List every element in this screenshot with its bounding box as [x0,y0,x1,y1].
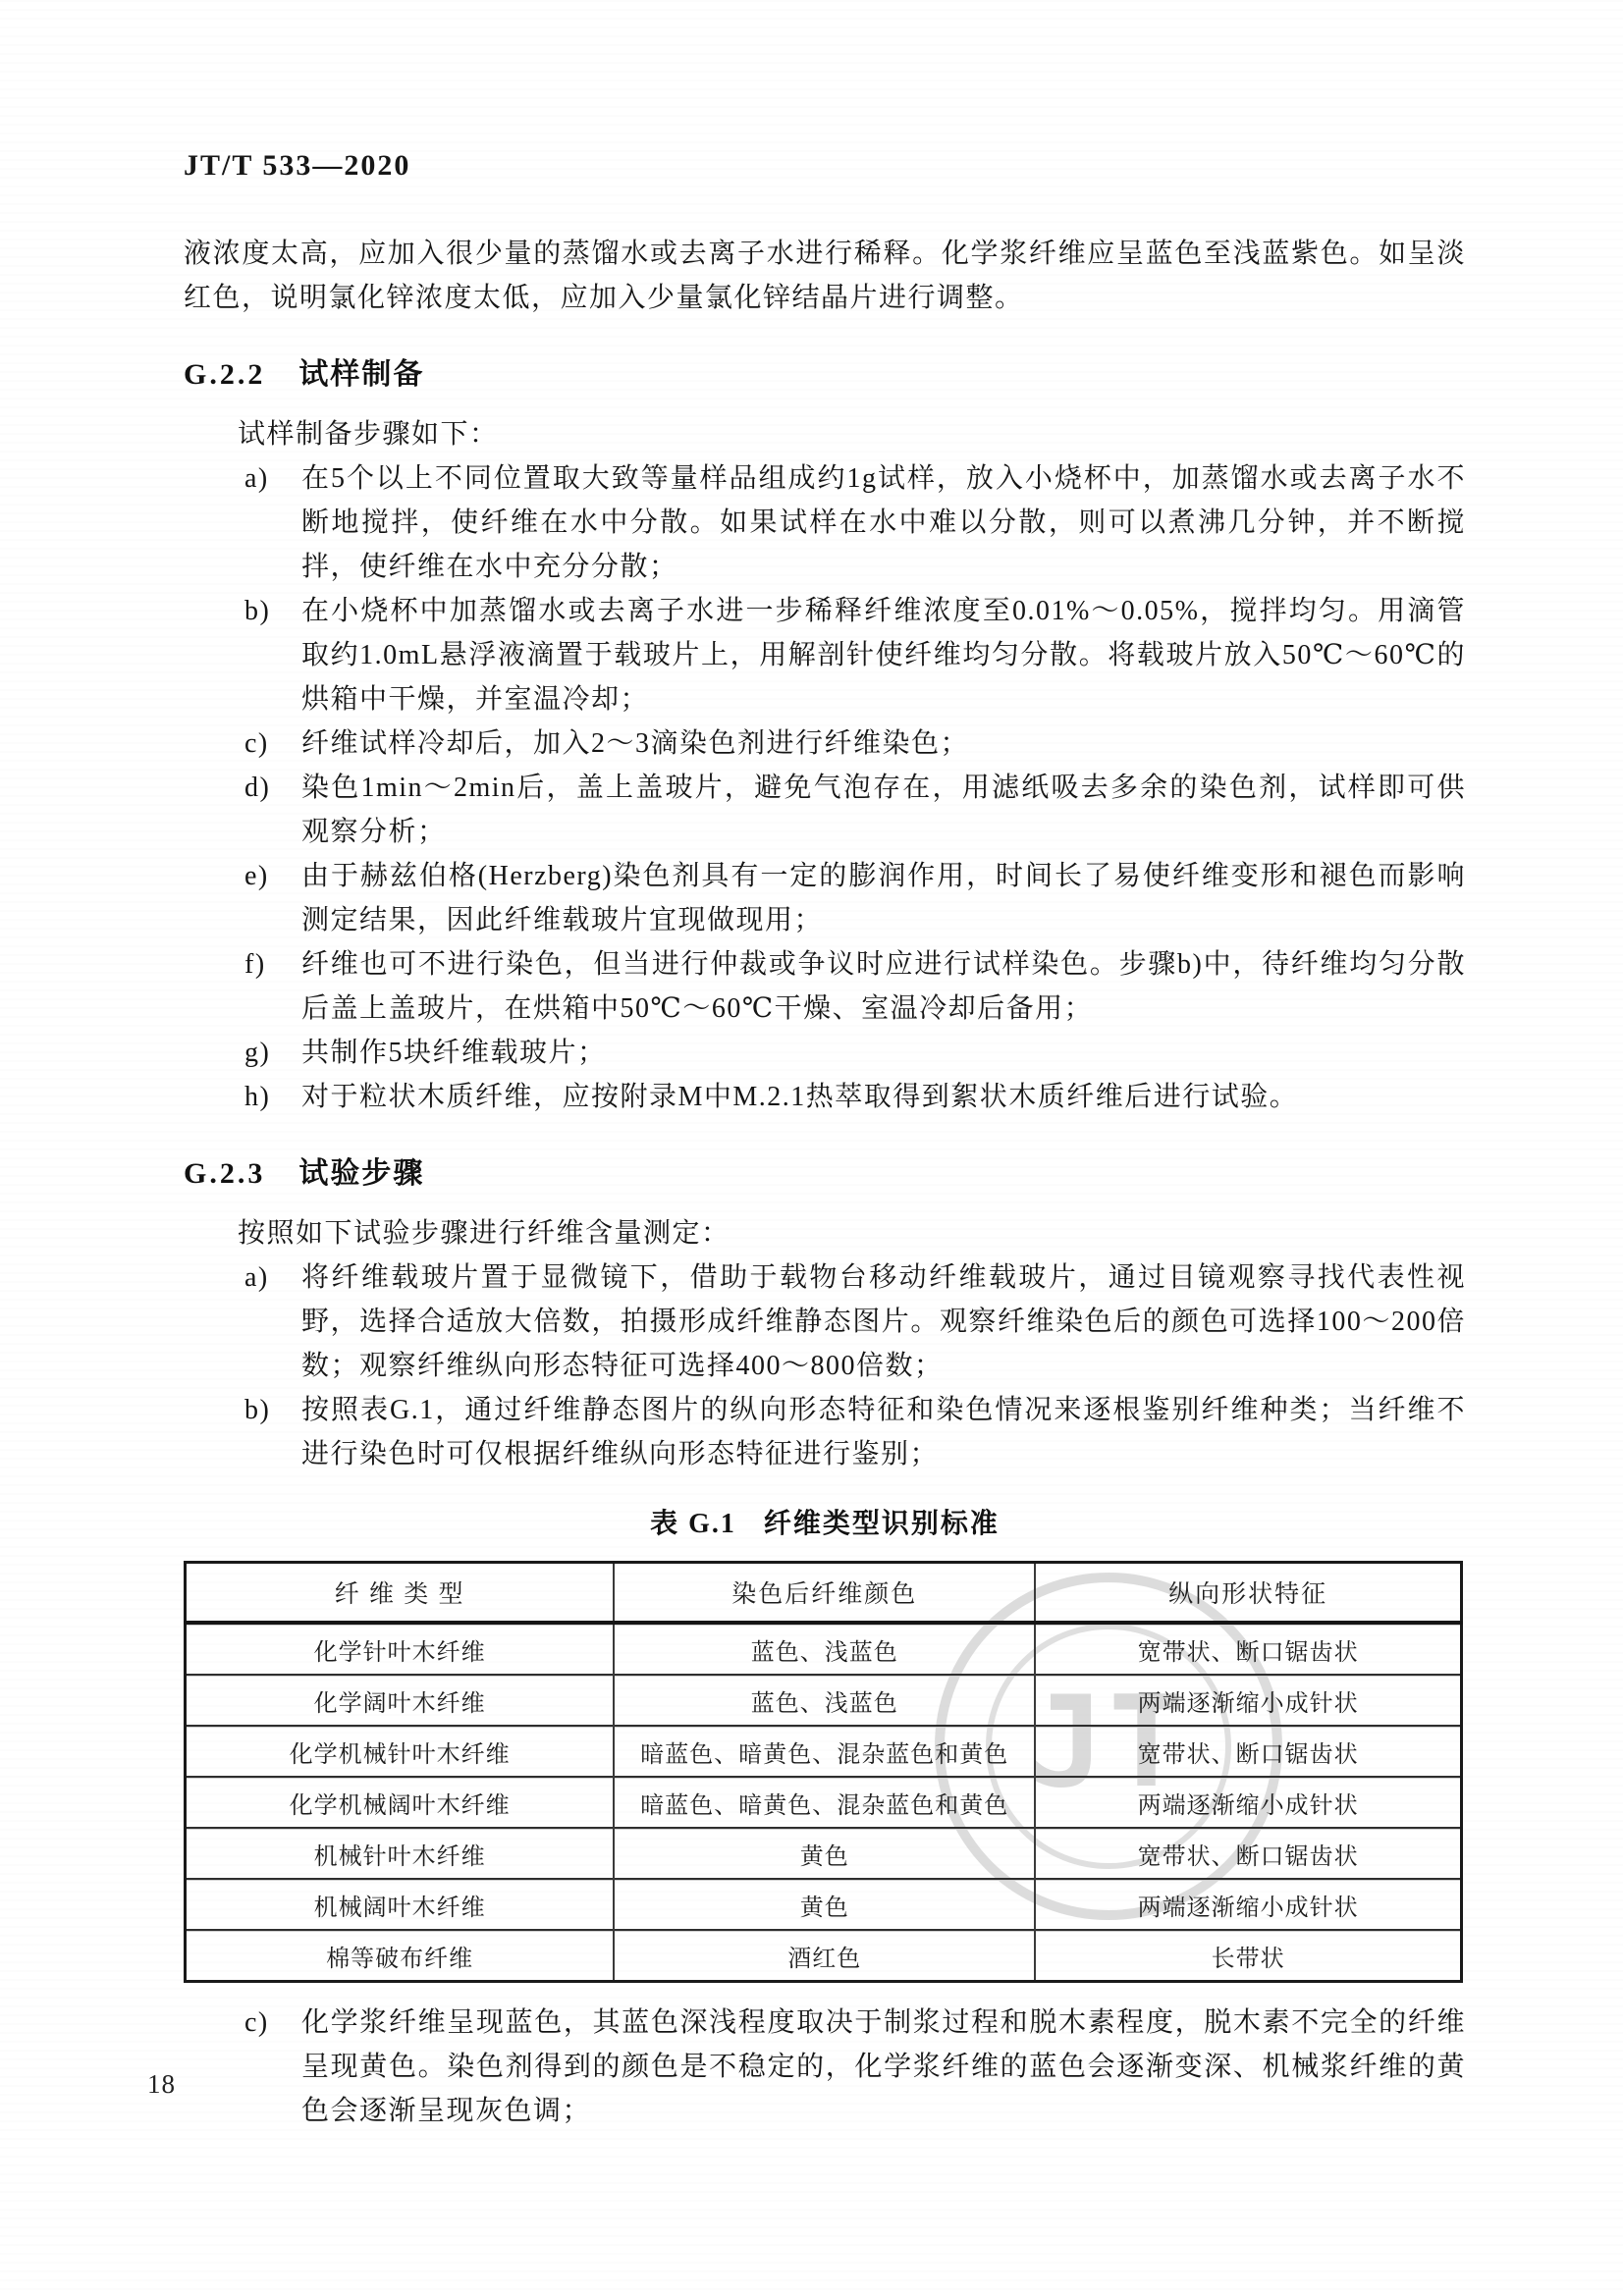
list-item-text: 化学浆纤维呈现蓝色，其蓝色深浅程度取决于制浆过程和脱木素程度，脱木素不完全的纤维… [301,2001,1466,2133]
table-row: 机械阔叶木纤维 黄色 两端逐渐缩小成针状 [186,1879,1462,1930]
cell-longitudinal-shape: 宽带状、断口锯齿状 [1035,1726,1461,1777]
cell-fiber-type: 机械阔叶木纤维 [186,1879,615,1930]
list-item-text: 对于粒状木质纤维，应按附录M中M.2.1热萃取得到絮状木质纤维后进行试验。 [301,1075,1466,1119]
cell-dyed-color: 暗蓝色、暗黄色、混杂蓝色和黄色 [614,1777,1035,1828]
list-item: a) 在5个以上不同位置取大致等量样品组成约1g试样，放入小烧杯中，加蒸馏水或去… [184,456,1466,589]
section-id: G.2.2 [184,358,265,391]
list-item: c) 纤维试样冷却后，加入2～3滴染色剂进行纤维染色； [184,721,1466,766]
list-item-text: 按照表G.1，通过纤维静态图片的纵向形态特征和染色情况来逐根鉴别纤维种类；当纤维… [301,1388,1466,1476]
section-title: 试样制备 [298,358,424,391]
table-header-row: 纤 维 类 型 染色后纤维颜色 纵向形状特征 [186,1563,1462,1624]
cell-longitudinal-shape: 宽带状、断口锯齿状 [1035,1623,1461,1675]
list-item-label: b) [244,589,301,633]
list-item-label: a) [244,1255,301,1300]
cell-longitudinal-shape: 两端逐渐缩小成针状 [1035,1879,1461,1930]
document-page: JT JT/T 533—2020 液浓度太高，应加入很少量的蒸馏水或去离子水进行… [0,0,1623,2296]
table-caption: 表 G.1纤维类型识别标准 [184,1502,1466,1541]
table-row: 化学针叶木纤维 蓝色、浅蓝色 宽带状、断口锯齿状 [186,1623,1462,1675]
step-list-g22: a) 在5个以上不同位置取大致等量样品组成约1g试样，放入小烧杯中，加蒸馏水或去… [184,456,1466,1119]
list-item-label: b) [244,1388,301,1432]
cell-dyed-color: 酒红色 [614,1930,1035,1982]
list-item: b) 按照表G.1，通过纤维静态图片的纵向形态特征和染色情况来逐根鉴别纤维种类；… [184,1388,1466,1476]
intro-paragraph: 液浓度太高，应加入很少量的蒸馏水或去离子水进行稀释。化学浆纤维应呈蓝色至浅蓝紫色… [184,232,1466,320]
col-header-longitudinal-shape: 纵向形状特征 [1035,1563,1461,1624]
step-list-g23-continued: c) 化学浆纤维呈现蓝色，其蓝色深浅程度取决于制浆过程和脱木素程度，脱木素不完全… [184,2001,1466,2133]
cell-fiber-type: 化学阔叶木纤维 [186,1675,615,1726]
list-item-label: c) [244,2001,301,2045]
cell-fiber-type: 机械针叶木纤维 [186,1828,615,1879]
table-row: 化学阔叶木纤维 蓝色、浅蓝色 两端逐渐缩小成针状 [186,1675,1462,1726]
table-caption-title: 纤维类型识别标准 [764,1509,1000,1539]
page-content: JT/T 533—2020 液浓度太高，应加入很少量的蒸馏水或去离子水进行稀释。… [184,0,1466,2133]
cell-fiber-type: 棉等破布纤维 [186,1930,615,1982]
list-item-text: 共制作5块纤维载玻片； [301,1031,1466,1075]
list-item-label: e) [244,854,301,898]
list-item-label: d) [244,766,301,810]
cell-dyed-color: 黄色 [614,1828,1035,1879]
list-item: b) 在小烧杯中加蒸馏水或去离子水进一步稀释纤维浓度至0.01%～0.05%，搅… [184,589,1466,721]
list-item-text: 纤维也可不进行染色，但当进行仲裁或争议时应进行试样染色。步骤b)中，待纤维均匀分… [301,942,1466,1031]
list-item-label: h) [244,1075,301,1119]
list-item-label: a) [244,456,301,501]
section-lead-g22: 试样制备步骤如下： [184,412,1466,456]
section-id: G.2.3 [184,1157,265,1190]
list-item-label: c) [244,721,301,766]
table-row: 化学机械阔叶木纤维 暗蓝色、暗黄色、混杂蓝色和黄色 两端逐渐缩小成针状 [186,1777,1462,1828]
cell-longitudinal-shape: 宽带状、断口锯齿状 [1035,1828,1461,1879]
list-item: c) 化学浆纤维呈现蓝色，其蓝色深浅程度取决于制浆过程和脱木素程度，脱木素不完全… [184,2001,1466,2133]
cell-fiber-type: 化学机械针叶木纤维 [186,1726,615,1777]
section-heading-g23: G.2.3试验步骤 [184,1148,1466,1192]
cell-dyed-color: 暗蓝色、暗黄色、混杂蓝色和黄色 [614,1726,1035,1777]
table-row: 机械针叶木纤维 黄色 宽带状、断口锯齿状 [186,1828,1462,1879]
list-item-text: 在5个以上不同位置取大致等量样品组成约1g试样，放入小烧杯中，加蒸馏水或去离子水… [301,456,1466,589]
standard-number-header: JT/T 533—2020 [184,0,1466,183]
list-item-label: f) [244,942,301,987]
list-item: g) 共制作5块纤维载玻片； [184,1031,1466,1075]
cell-dyed-color: 蓝色、浅蓝色 [614,1623,1035,1675]
table-body: 化学针叶木纤维 蓝色、浅蓝色 宽带状、断口锯齿状 化学阔叶木纤维 蓝色、浅蓝色 … [186,1623,1462,1982]
table-row: 化学机械针叶木纤维 暗蓝色、暗黄色、混杂蓝色和黄色 宽带状、断口锯齿状 [186,1726,1462,1777]
list-item: h) 对于粒状木质纤维，应按附录M中M.2.1热萃取得到絮状木质纤维后进行试验。 [184,1075,1466,1119]
table-row: 棉等破布纤维 酒红色 长带状 [186,1930,1462,1982]
page-number: 18 [147,2069,176,2100]
fiber-type-table: 纤 维 类 型 染色后纤维颜色 纵向形状特征 化学针叶木纤维 蓝色、浅蓝色 宽带… [184,1561,1463,1983]
col-header-fiber-type: 纤 维 类 型 [186,1563,615,1624]
list-item-label: g) [244,1031,301,1075]
list-item: d) 染色1min～2min后，盖上盖玻片，避免气泡存在，用滤纸吸去多余的染色剂… [184,766,1466,854]
step-list-g23: a) 将纤维载玻片置于显微镜下，借助于载物台移动纤维载玻片，通过目镜观察寻找代表… [184,1255,1466,1476]
list-item-text: 在小烧杯中加蒸馏水或去离子水进一步稀释纤维浓度至0.01%～0.05%，搅拌均匀… [301,589,1466,721]
section-heading-g22: G.2.2试样制备 [184,349,1466,393]
table-caption-number: 表 G.1 [650,1509,736,1539]
cell-longitudinal-shape: 两端逐渐缩小成针状 [1035,1675,1461,1726]
cell-longitudinal-shape: 长带状 [1035,1930,1461,1982]
list-item-text: 染色1min～2min后，盖上盖玻片，避免气泡存在，用滤纸吸去多余的染色剂，试样… [301,766,1466,854]
list-item: e) 由于赫兹伯格(Herzberg)染色剂具有一定的膨润作用，时间长了易使纤维… [184,854,1466,942]
list-item-text: 由于赫兹伯格(Herzberg)染色剂具有一定的膨润作用，时间长了易使纤维变形和… [301,854,1466,942]
section-title: 试验步骤 [298,1157,424,1190]
list-item: a) 将纤维载玻片置于显微镜下，借助于载物台移动纤维载玻片，通过目镜观察寻找代表… [184,1255,1466,1388]
list-item: f) 纤维也可不进行染色，但当进行仲裁或争议时应进行试样染色。步骤b)中，待纤维… [184,942,1466,1031]
cell-fiber-type: 化学机械阔叶木纤维 [186,1777,615,1828]
list-item-text: 纤维试样冷却后，加入2～3滴染色剂进行纤维染色； [301,721,1466,766]
cell-fiber-type: 化学针叶木纤维 [186,1623,615,1675]
col-header-dyed-color: 染色后纤维颜色 [614,1563,1035,1624]
cell-longitudinal-shape: 两端逐渐缩小成针状 [1035,1777,1461,1828]
cell-dyed-color: 黄色 [614,1879,1035,1930]
cell-dyed-color: 蓝色、浅蓝色 [614,1675,1035,1726]
section-lead-g23: 按照如下试验步骤进行纤维含量测定： [184,1211,1466,1255]
list-item-text: 将纤维载玻片置于显微镜下，借助于载物台移动纤维载玻片，通过目镜观察寻找代表性视野… [301,1255,1466,1388]
